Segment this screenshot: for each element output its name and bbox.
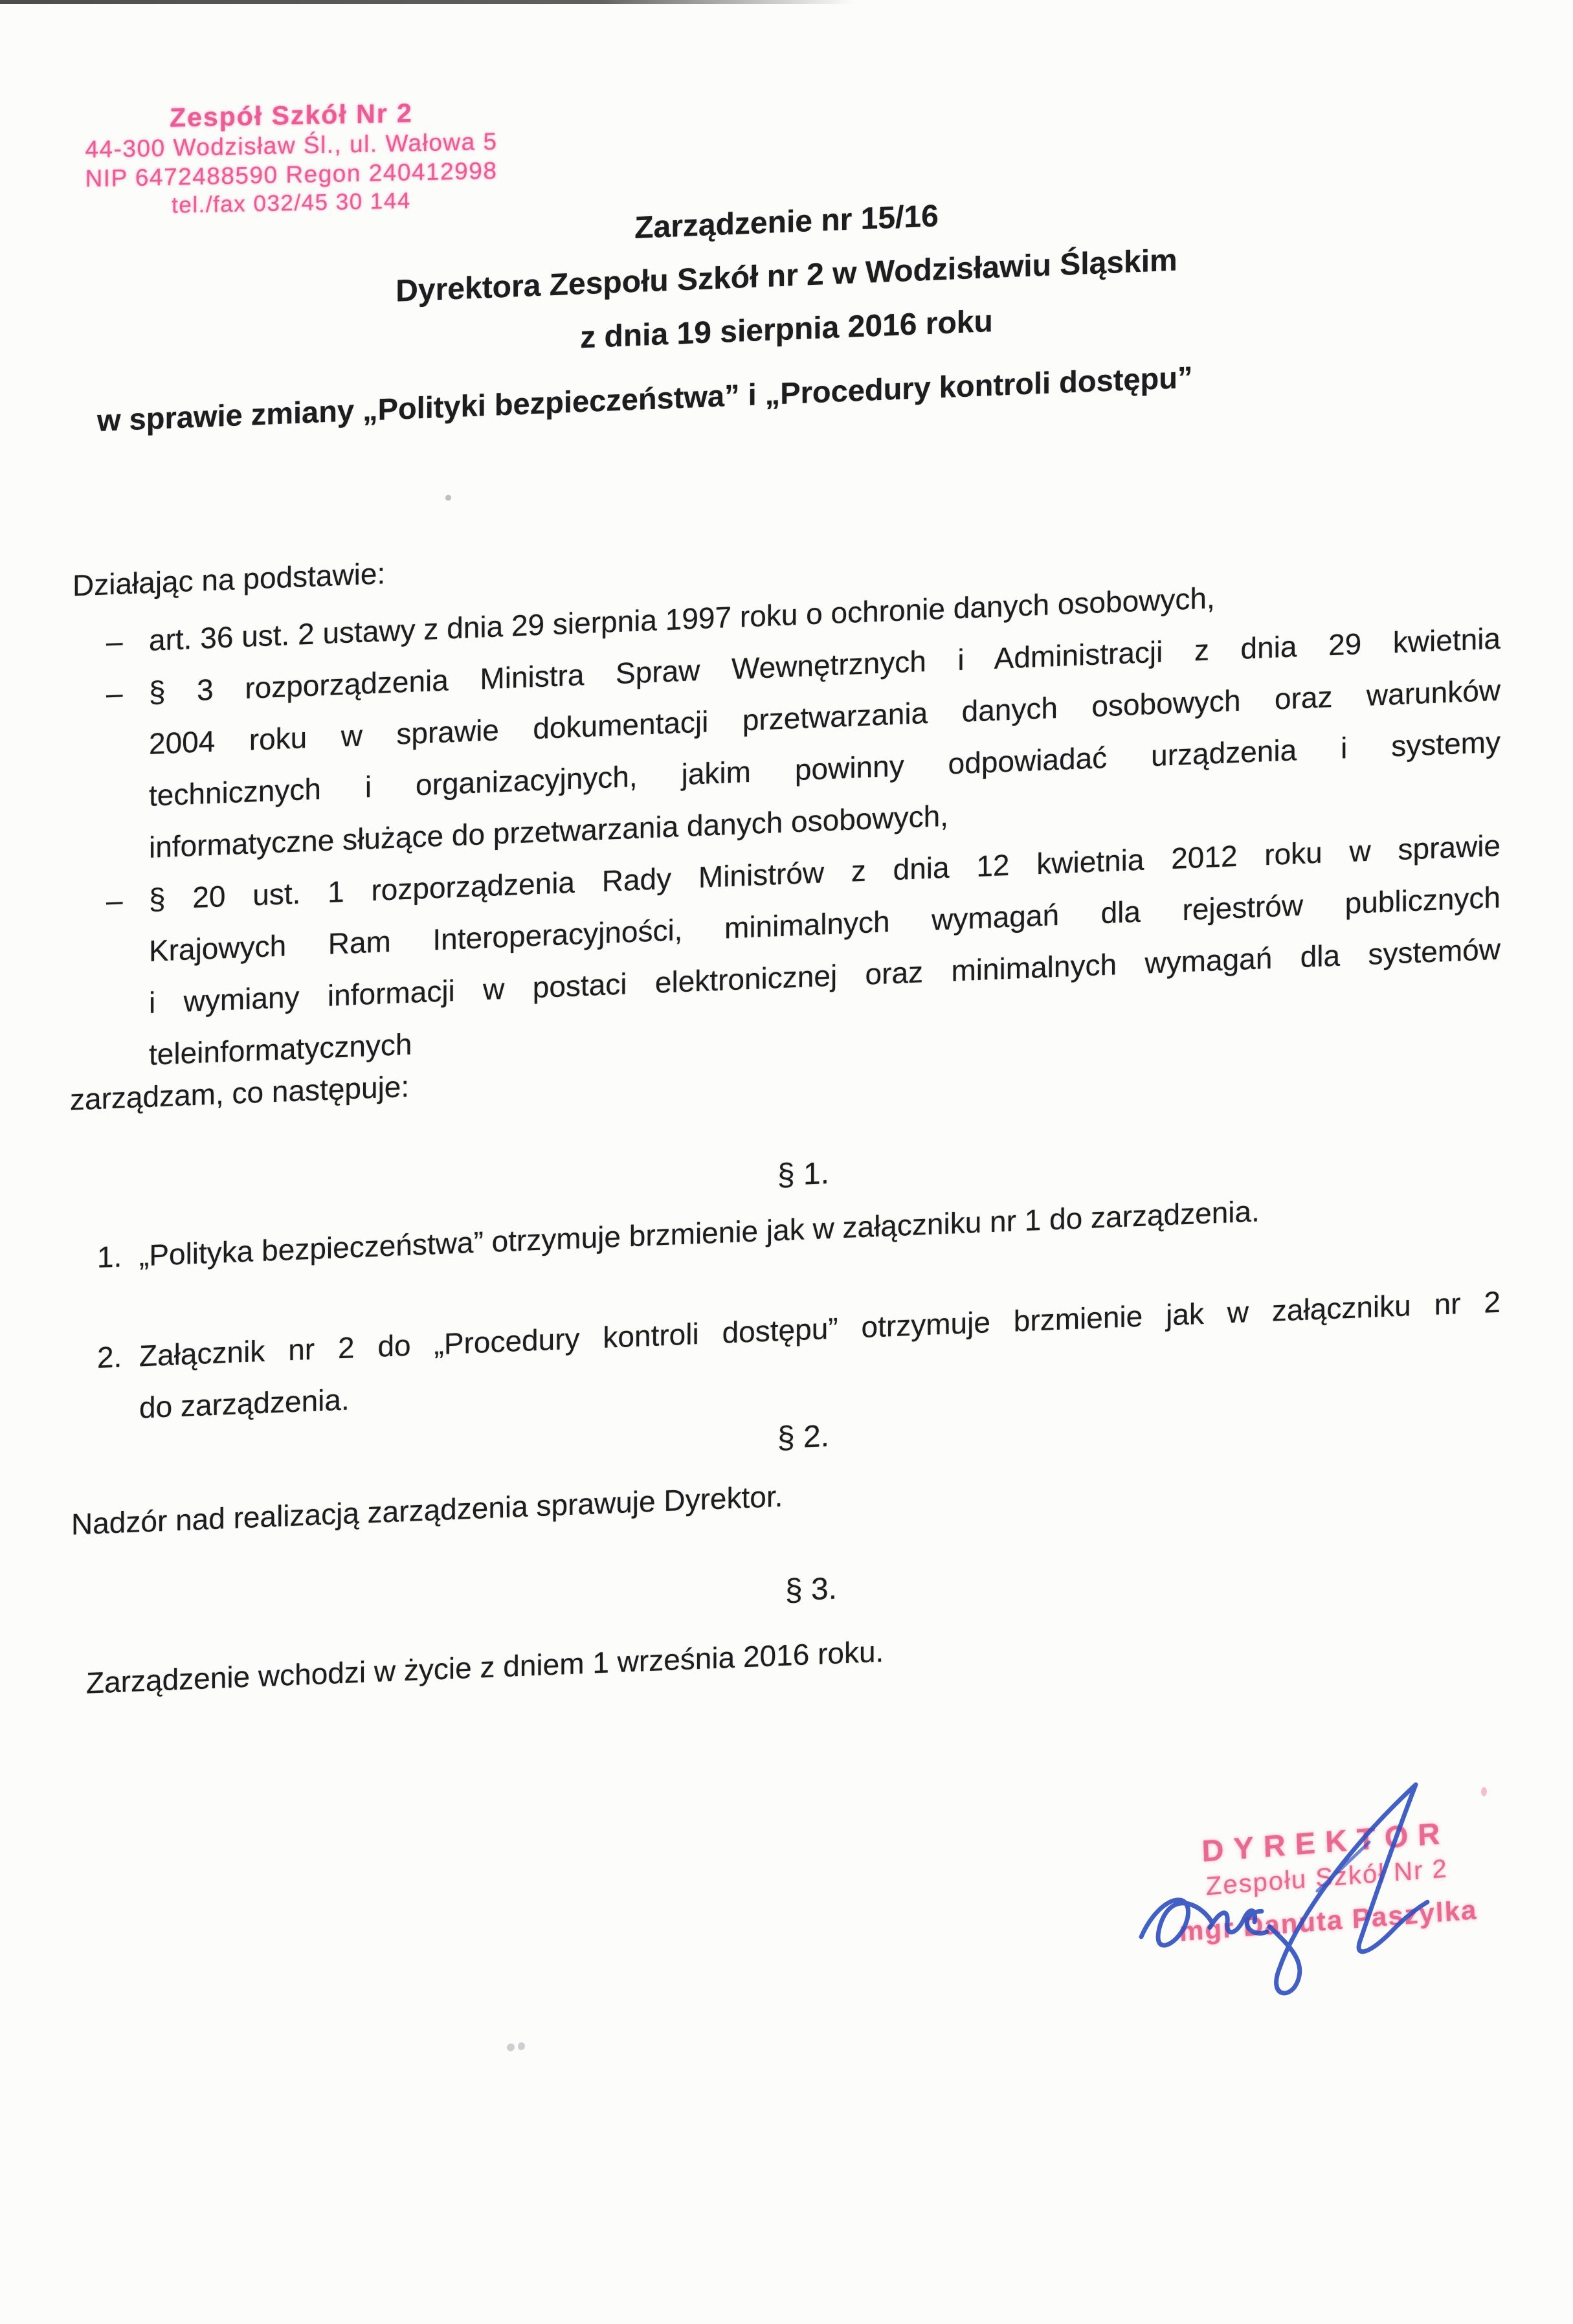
list-dash: – [106, 667, 123, 719]
section-3-heading: § 3. [25, 1541, 1573, 1639]
legal-basis-list: –art. 36 ust. 2 ustawy z dnia 29 sierpni… [73, 561, 1500, 1084]
section-1-items: 1.„Polityka bezpieczeństwa” otrzymuje br… [73, 1176, 1500, 1436]
scan-speck [445, 495, 451, 500]
section-3-body: Zarządzenie wchodzi w życie z dniem 1 wr… [86, 1634, 884, 1701]
item-number: 2. [97, 1331, 122, 1384]
school-stamp: Zespół Szkół Nr 2 44-300 Wodzisław Śl., … [65, 95, 518, 222]
document-content: Zespół Szkół Nr 2 44-300 Wodzisław Śl., … [0, 0, 1573, 2324]
list-dash: – [106, 874, 123, 926]
signature-ink [1123, 1773, 1473, 2020]
scanned-document-page: Zespół Szkół Nr 2 44-300 Wodzisław Śl., … [0, 0, 1573, 2324]
scan-speck [507, 2043, 515, 2051]
stamp-speck [1481, 1787, 1487, 1796]
item-number: 1. [97, 1230, 122, 1283]
preamble: Działając na podstawie: [73, 555, 385, 603]
section-2-body: Nadzór nad realizacją zarządzenia sprawu… [71, 1479, 783, 1542]
scan-speck [518, 2042, 525, 2050]
list-dash: – [106, 615, 123, 667]
